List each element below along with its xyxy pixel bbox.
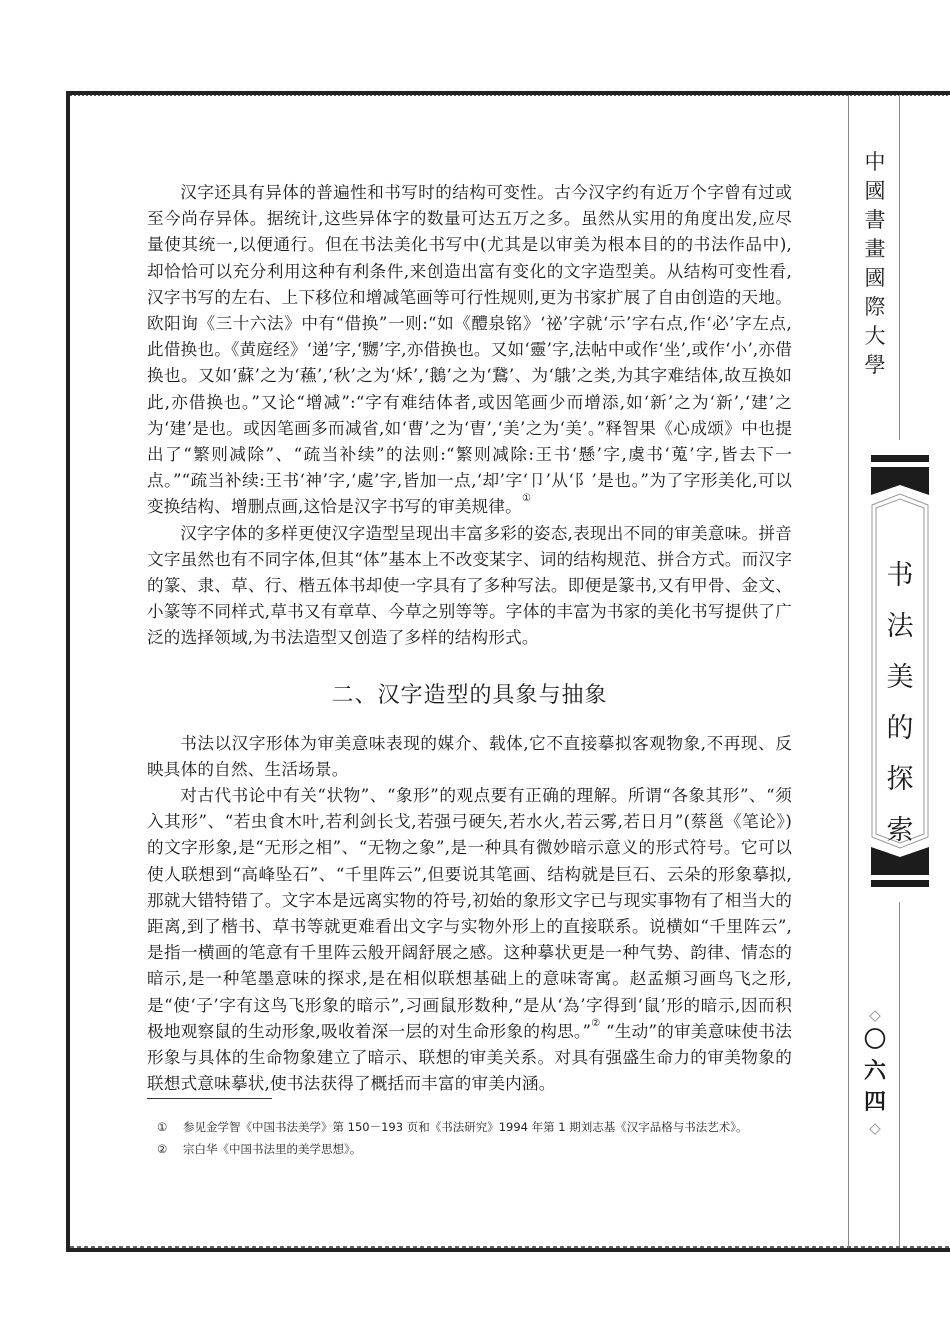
page-number-digit: 六 [862, 1056, 888, 1087]
body-paragraph-2: 汉字字体的多样更使汉字造型呈现出丰富多彩的姿态,表现出不同的审美意味。拼音文字虽… [147, 521, 792, 652]
footnote-1: ①参见金学智《中国书法美学》第 150－193 页和《书法研究》1994 年第 … [147, 1116, 792, 1138]
institution-char: 學 [862, 351, 888, 380]
diamond-ornament-icon: ◇ [862, 1118, 888, 1138]
page-number-digit: 四 [862, 1087, 888, 1118]
footnote-mark-1: ① [157, 1116, 183, 1138]
book-title-char: 的 [871, 703, 929, 754]
institution-char: 畫 [862, 235, 888, 264]
institution-char: 書 [862, 206, 888, 235]
footnote-2: ②宗白华《中国书法里的美学思想》。 [147, 1138, 792, 1160]
footnote-text-2: 宗白华《中国书法里的美学思想》。 [183, 1142, 361, 1156]
diamond-ornament-icon: ◇ [862, 1005, 888, 1025]
book-title-vertical: 书 法 美 的 探 索 [871, 550, 929, 856]
institution-char: 中 [862, 148, 888, 177]
institution-char: 國 [862, 177, 888, 206]
book-title-char: 索 [871, 805, 929, 856]
sidebar-outer-rule [848, 95, 849, 1247]
page-frame-top-dotted-rule [70, 95, 950, 96]
footnote-separator [147, 1098, 272, 1099]
page-number-digit: 〇 [862, 1025, 888, 1056]
page-frame-bottom-border [66, 1248, 950, 1252]
book-title-char: 美 [871, 652, 929, 703]
book-title-banner: 书 法 美 的 探 索 [871, 455, 929, 887]
page-frame-left-border [66, 91, 70, 1252]
body-paragraph-4: 对古代书论中有关“状物”、“象形”的观点要有正确的理解。所谓“各象其形”、“须入… [147, 783, 792, 1097]
institution-name-vertical: 中 國 書 畫 國 際 大 學 [862, 148, 888, 380]
body-paragraph-1: 汉字还具有异体的普遍性和书写时的结构可变性。古今汉字约有近万个字曾有过或至今尚存… [147, 180, 792, 521]
sidebar-inner-rule-bottom [899, 902, 900, 1247]
footnotes: ①参见金学智《中国书法美学》第 150－193 页和《书法研究》1994 年第 … [147, 1116, 792, 1160]
footnote-text-1: 参见金学智《中国书法美学》第 150－193 页和《书法研究》1994 年第 1… [183, 1120, 748, 1134]
footnote-ref-1[interactable]: ① [522, 493, 531, 504]
footnote-mark-2: ② [157, 1138, 183, 1160]
book-title-char: 书 [871, 550, 929, 601]
page-number: ◇ 〇 六 四 ◇ [862, 1005, 888, 1138]
book-title-char: 法 [871, 601, 929, 652]
institution-char: 際 [862, 293, 888, 322]
sidebar-inner-rule-top [899, 95, 900, 440]
institution-char: 大 [862, 322, 888, 351]
section-heading: 二、汉字造型的具象与抽象 [147, 678, 792, 709]
institution-char: 國 [862, 264, 888, 293]
main-text-column: 汉字还具有异体的普遍性和书写时的结构可变性。古今汉字约有近万个字曾有过或至今尚存… [147, 180, 792, 1098]
book-title-char: 探 [871, 754, 929, 805]
body-paragraph-3: 书法以汉字形体为审美意味表现的媒介、载体,它不直接摹拟客观物象,不再现、反映具体… [147, 731, 792, 783]
